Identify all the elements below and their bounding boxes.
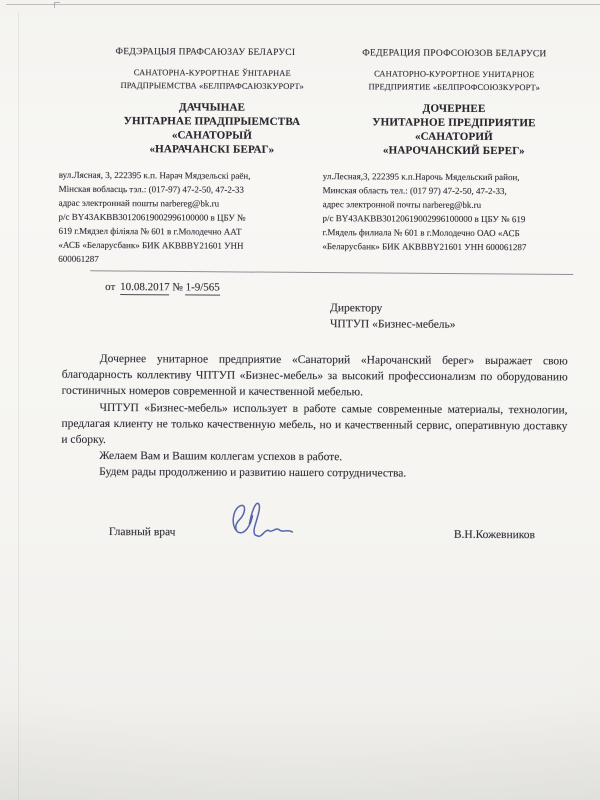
signer-position: Главный врач (109, 526, 176, 538)
org-name-by-line2: УНІТАРНАЕ ПРАДПРЫЕМСТВА (101, 114, 323, 129)
signer-name: В.Н.Кожевников (454, 529, 535, 541)
letterhead-belarusian-column: ФЕДЭРАЦЫЯ ПРАФСАЮЗАУ БЕЛАРУСІ САНАТОРНА-… (42, 47, 323, 267)
org-name-by: ДАЧЧЫНАЕ УНІТАРНАЕ ПРАДПРЫЕМСТВА «САНАТО… (101, 100, 323, 157)
address-ru-line4: р/с BY43AKBB30120619002996100000 в ЦБУ №… (322, 211, 584, 226)
parent-org-by: САНАТОРНА-КУРОРТНАЕ ЎНІТАРНАЕ ПРАДПРЫЕМС… (101, 66, 323, 92)
address-ru-line2: Минская область тел.: (017 97) 47-2-50, … (323, 183, 585, 198)
addressee-company: ЧПТУП «Бизнес-мебель» (330, 316, 456, 333)
address-by-line4: р/с BY43AKBB30120619002996100000 в ЦБУ № (59, 210, 323, 225)
handwritten-signature (221, 497, 299, 549)
letter-content: ФЕДЭРАЦЫЯ ПРАФСАЮЗАУ БЕЛАРУСІ САНАТОРНА-… (0, 0, 600, 800)
reference-prefix: от (105, 281, 115, 293)
address-block-by: вул.Лясная, 3, 222395 к.п. Нарач Мядзель… (58, 168, 323, 267)
org-name-ru-line4: «НАРОЧАНСКИЙ БЕРЕГ» (323, 143, 585, 158)
addressee-title: Директору (330, 300, 456, 317)
letter-body: Дочернее унитарное предприятие «Санатори… (61, 351, 568, 483)
parent-org-by-line1: САНАТОРНА-КУРОРТНАЕ ЎНІТАРНАЕ (101, 66, 323, 80)
org-name-by-line4: «НАРАЧАНСКІ БЕРАГ» (101, 142, 323, 157)
address-ru-line3: адрес электронной почты narbereg@bk.ru (323, 197, 585, 212)
reference-date: 10.08.2017 (120, 281, 170, 295)
letterhead-russian-column: ФЕДЕРАЦИЯ ПРОФСОЮЗОВ БЕЛАРУСИ САНАТОРНО-… (322, 48, 585, 268)
address-by-line7: 600061287 (58, 252, 322, 267)
address-by-line3: адрас электроннай пошты narbereg@bk.ru (59, 196, 323, 211)
address-by-line2: Мінская вобласць тэл.: (017-97) 47-2-50,… (59, 182, 323, 197)
address-by-line1: вул.Лясная, 3, 222395 к.п. Нарач Мядзель… (59, 168, 323, 183)
federation-name-by: ФЕДЭРАЦЫЯ ПРАФСАЮЗАУ БЕЛАРУСІ (87, 47, 323, 58)
reference-number-label: № (172, 281, 183, 293)
scanned-letter-page: ФЕДЭРАЦЫЯ ПРАФСАЮЗАУ БЕЛАРУСІ САНАТОРНА-… (0, 0, 600, 800)
body-paragraph-4: Будем рады продолжению и развитию нашего… (61, 464, 567, 483)
org-name-ru-line1: ДОЧЕРНЕЕ (323, 101, 585, 116)
address-ru-line1: ул.Лесная,3, 222395 к.п.Нарочь Мядельски… (323, 169, 585, 184)
parent-org-ru-line2: ПРЕДПРИЯТИЕ «БЕЛПРОФСОЮЗКУРОРТ» (323, 80, 585, 94)
org-name-by-line3: «САНАТОРЫЙ (101, 128, 323, 143)
body-paragraph-2: ЧПТУП «Бизнес-мебель» использует в работ… (61, 399, 567, 450)
addressee-block: Директору ЧПТУП «Бизнес-мебель» (330, 300, 456, 333)
parent-org-by-line2: ПРАДПРЫЕМСТВА «БЕЛПРАФСАЮЗКУРОРТ» (101, 78, 323, 92)
letterhead-divider-rule (90, 270, 573, 275)
reference-line: от 10.08.2017 № 1-9/565 (105, 281, 220, 294)
address-by-line6: «АСБ «Беларусбанк» БИК AKBBBY21601 УНН (58, 238, 322, 253)
org-name-ru: ДОЧЕРНЕЕ УНИТАРНОЕ ПРЕДПРИЯТИЕ «САНАТОРИ… (323, 101, 585, 158)
org-name-ru-line3: «САНАТОРИЙ (323, 129, 585, 144)
org-name-by-line1: ДАЧЧЫНАЕ (101, 100, 323, 115)
address-ru-line5: г.Мядель филиала № 601 в г.Молодечно ОАО… (322, 225, 584, 240)
reference-number: 1-9/565 (186, 281, 220, 295)
address-block-ru: ул.Лесная,3, 222395 к.п.Нарочь Мядельски… (322, 169, 584, 254)
body-paragraph-1: Дочернее унитарное предприятие «Санатори… (62, 351, 568, 402)
address-ru-line6: «Беларусбанк» БИК AKBBBY21601 УНН 600061… (322, 239, 584, 254)
parent-org-ru: САНАТОРНО-КУРОРТНОЕ УНИТАРНОЕ ПРЕДПРИЯТИ… (323, 67, 585, 93)
letterhead: ФЕДЭРАЦЫЯ ПРАФСАЮЗАУ БЕЛАРУСІ САНАТОРНА-… (0, 46, 600, 268)
address-by-line5: 619 г.Мядзел філіяла № 601 в г.Молодечно… (58, 224, 322, 239)
org-name-ru-line2: УНИТАРНОЕ ПРЕДПРИЯТИЕ (323, 115, 585, 130)
federation-name-ru: ФЕДЕРАЦИЯ ПРОФСОЮЗОВ БЕЛАРУСИ (323, 48, 585, 59)
